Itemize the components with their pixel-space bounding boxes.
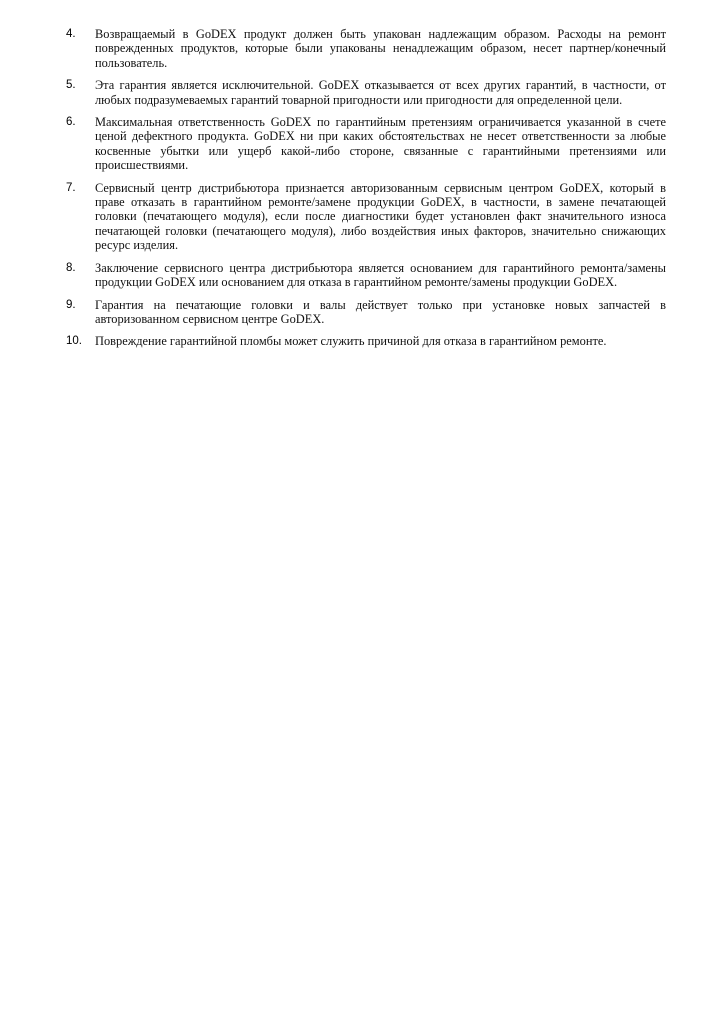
- item-text: Повреждение гарантийной пломбы может слу…: [95, 334, 666, 348]
- list-item: 7. Сервисный центр дистрибьютора признае…: [66, 181, 666, 253]
- list-item: 10. Повреждение гарантийной пломбы может…: [66, 334, 666, 348]
- item-text: Эта гарантия является исключительной. Go…: [95, 78, 666, 107]
- list-item: 9. Гарантия на печатающие головки и валы…: [66, 298, 666, 327]
- warranty-terms-list: 4. Возвращаемый в GoDEX продукт должен б…: [66, 27, 666, 357]
- item-number: 4.: [66, 27, 95, 41]
- item-number: 6.: [66, 115, 95, 129]
- item-text: Гарантия на печатающие головки и валы де…: [95, 298, 666, 327]
- document-page: 4. Возвращаемый в GoDEX продукт должен б…: [0, 0, 724, 1024]
- list-item: 5. Эта гарантия является исключительной.…: [66, 78, 666, 107]
- list-item: 4. Возвращаемый в GoDEX продукт должен б…: [66, 27, 666, 70]
- list-item: 8. Заключение сервисного центра дистрибь…: [66, 261, 666, 290]
- list-item: 6. Максимальная ответственность GoDEX по…: [66, 115, 666, 173]
- item-number: 5.: [66, 78, 95, 92]
- item-number: 7.: [66, 181, 95, 195]
- item-text: Сервисный центр дистрибьютора признается…: [95, 181, 666, 253]
- item-number: 9.: [66, 298, 95, 312]
- item-number: 10.: [66, 334, 95, 348]
- item-text: Заключение сервисного центра дистрибьюто…: [95, 261, 666, 290]
- item-text: Возвращаемый в GoDEX продукт должен быть…: [95, 27, 666, 70]
- item-text: Максимальная ответственность GoDEX по га…: [95, 115, 666, 173]
- item-number: 8.: [66, 261, 95, 275]
